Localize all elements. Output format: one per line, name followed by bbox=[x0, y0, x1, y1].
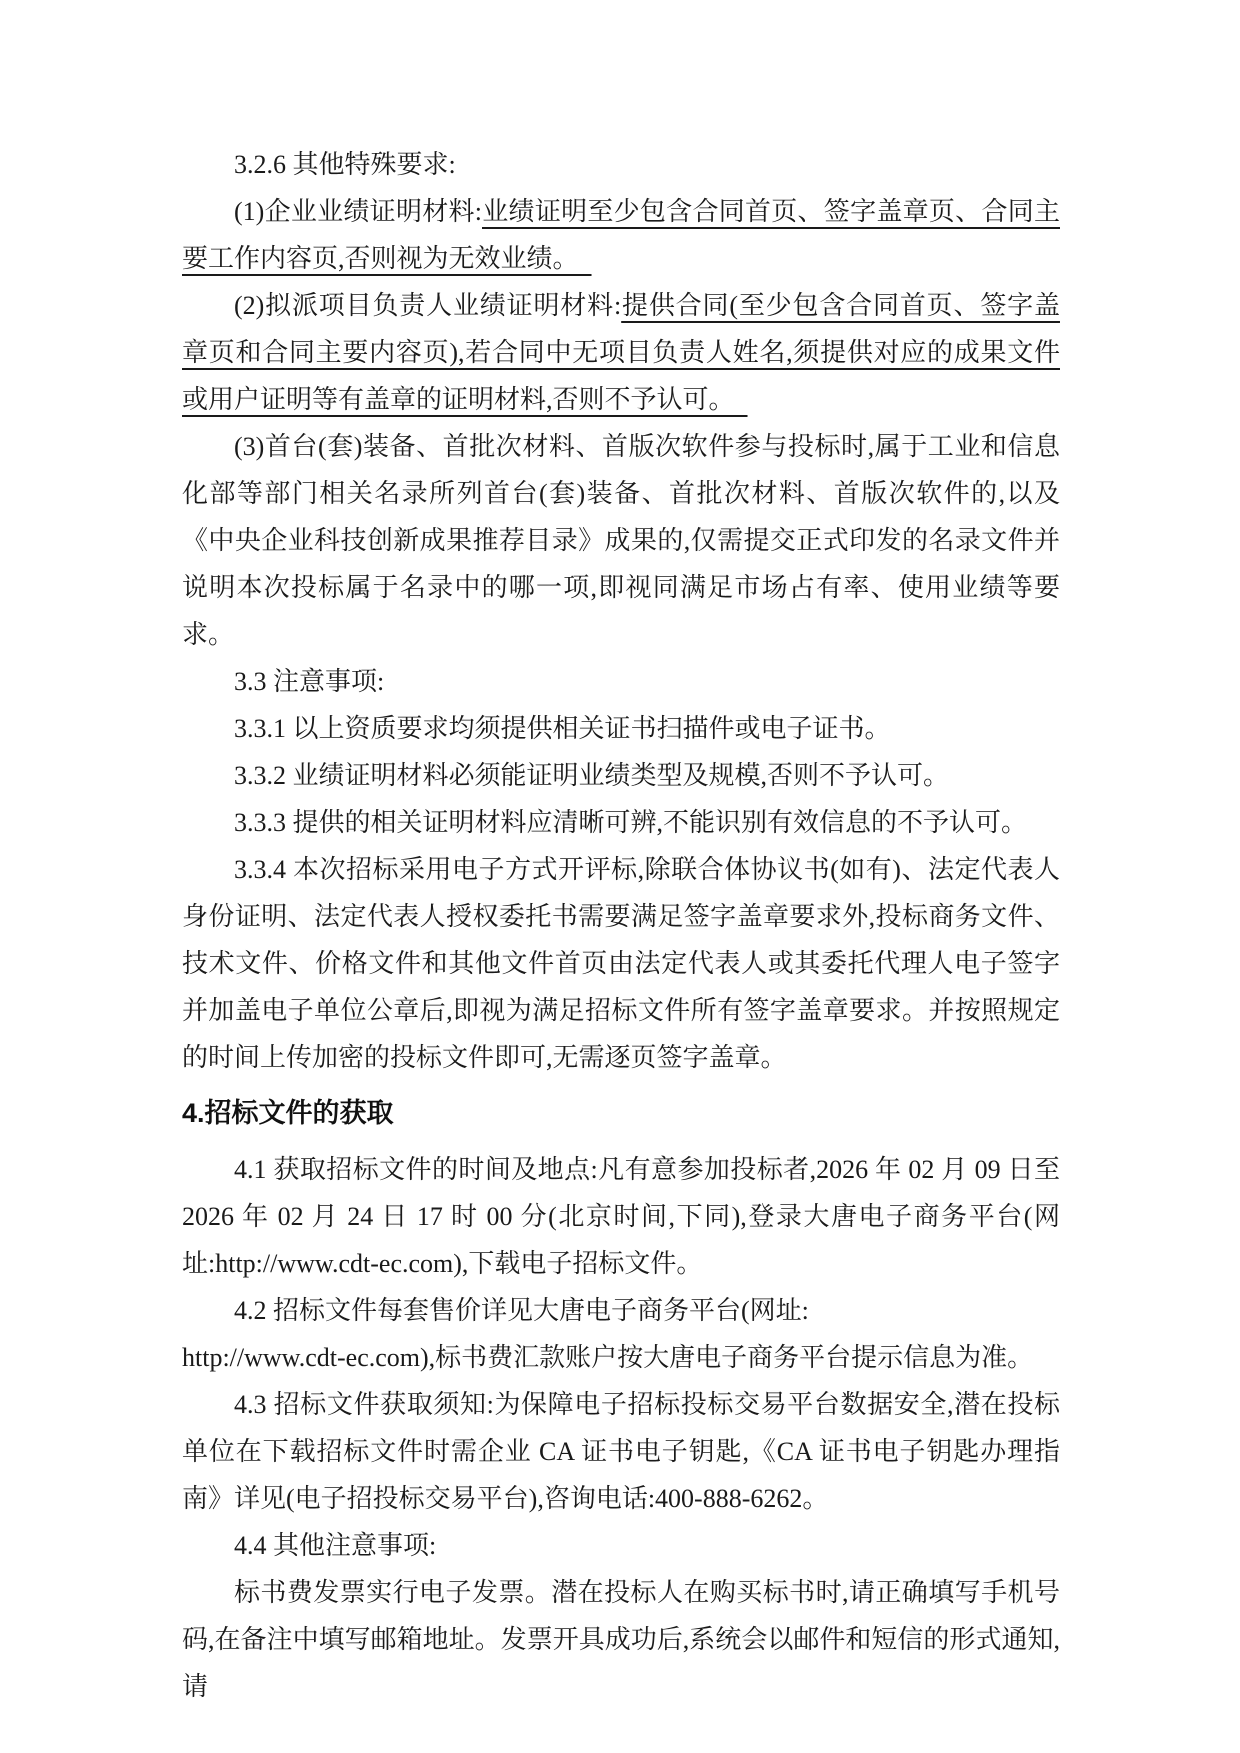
clause-item-3-text: (3)首台(套)装备、首批次材料、首版次软件参与投标时,属于工业和信息化部等部门… bbox=[182, 432, 1060, 649]
clause-3-3-4: 3.3.4 本次招标采用电子方式开评标,除联合体协议书(如有)、法定代表人身份证… bbox=[182, 846, 1060, 1081]
clause-3-3-1-text: 3.3.1 以上资质要求均须提供相关证书扫描件或电子证书。 bbox=[234, 714, 891, 743]
clause-4-4-text: 4.4 其他注意事项: bbox=[234, 1531, 436, 1560]
clause-3-3-4-text: 3.3.4 本次招标采用电子方式开评标,除联合体协议书(如有)、法定代表人身份证… bbox=[182, 855, 1060, 1072]
clause-4-2: 4.2 招标文件每套售价详见大唐电子商务平台(网址:http://www.cdt… bbox=[182, 1287, 1060, 1381]
clause-4-2-line2: http://www.cdt-ec.com),标书费汇款账户按大唐电子商务平台提… bbox=[182, 1343, 1033, 1372]
clause-item-3: (3)首台(套)装备、首批次材料、首版次软件参与投标时,属于工业和信息化部等部门… bbox=[182, 423, 1060, 658]
clause-3-3-3-text: 3.3.3 提供的相关证明材料应清晰可辨,不能识别有效信息的不予认可。 bbox=[234, 808, 1027, 837]
document-page: 3.2.6 其他特殊要求: (1)企业业绩证明材料:业绩证明至少包含合同首页、签… bbox=[0, 0, 1240, 1753]
document-body: 3.2.6 其他特殊要求: (1)企业业绩证明材料:业绩证明至少包含合同首页、签… bbox=[182, 141, 1060, 1710]
clause-3-3-3: 3.3.3 提供的相关证明材料应清晰可辨,不能识别有效信息的不予认可。 bbox=[182, 799, 1060, 846]
clause-4-1: 4.1 获取招标文件的时间及地点:凡有意参加投标者,2026 年 02 月 09… bbox=[182, 1146, 1060, 1287]
clause-3-3-text: 3.3 注意事项: bbox=[234, 667, 384, 696]
clause-item-1-lead: (1)企业业绩证明材料: bbox=[234, 197, 482, 226]
clause-4-2-line1: 4.2 招标文件每套售价详见大唐电子商务平台(网址: bbox=[234, 1296, 809, 1325]
clause-3-2-6: 3.2.6 其他特殊要求: bbox=[182, 141, 1060, 188]
clause-3-3: 3.3 注意事项: bbox=[182, 658, 1060, 705]
clause-3-2-6-text: 3.2.6 其他特殊要求: bbox=[234, 150, 456, 179]
clause-4-3: 4.3 招标文件获取须知:为保障电子招标投标交易平台数据安全,潜在投标单位在下载… bbox=[182, 1381, 1060, 1522]
clause-3-3-1: 3.3.1 以上资质要求均须提供相关证书扫描件或电子证书。 bbox=[182, 705, 1060, 752]
clause-4-4: 4.4 其他注意事项: bbox=[182, 1522, 1060, 1569]
clause-3-3-2-text: 3.3.2 业绩证明材料必须能证明业绩类型及规模,否则不予认可。 bbox=[234, 761, 949, 790]
clause-invoice-note-text: 标书费发票实行电子发票。潜在投标人在购买标书时,请正确填写手机号码,在备注中填写… bbox=[182, 1578, 1060, 1701]
clause-4-1-text: 4.1 获取招标文件的时间及地点:凡有意参加投标者,2026 年 02 月 09… bbox=[182, 1155, 1060, 1278]
clause-invoice-note: 标书费发票实行电子发票。潜在投标人在购买标书时,请正确填写手机号码,在备注中填写… bbox=[182, 1569, 1060, 1710]
clause-4-3-text: 4.3 招标文件获取须知:为保障电子招标投标交易平台数据安全,潜在投标单位在下载… bbox=[182, 1390, 1060, 1513]
section-4-heading: 4.招标文件的获取 bbox=[182, 1090, 1060, 1137]
clause-item-2-lead: (2)拟派项目负责人业绩证明材料: bbox=[234, 291, 621, 320]
clause-item-1: (1)企业业绩证明材料:业绩证明至少包含合同首页、签字盖章页、合同主要工作内容页… bbox=[182, 188, 1060, 282]
clause-item-2: (2)拟派项目负责人业绩证明材料:提供合同(至少包含合同首页、签字盖章页和合同主… bbox=[182, 282, 1060, 423]
clause-3-3-2: 3.3.2 业绩证明材料必须能证明业绩类型及规模,否则不予认可。 bbox=[182, 752, 1060, 799]
